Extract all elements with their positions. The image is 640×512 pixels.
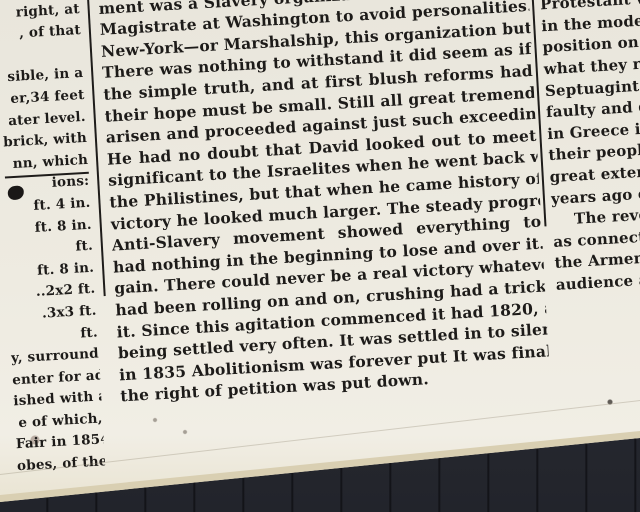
newspaper-photo: allowing right, at , of that sible, in a… (0, 0, 640, 512)
left-column: allowing right, at , of that sible, in a… (0, 0, 106, 478)
text-line: obes, of the (17, 451, 106, 477)
printed-text-area: allowing right, at , of that sible, in a… (0, 0, 640, 321)
newspaper-sheet: allowing right, at , of that sible, in a… (0, 0, 640, 512)
right-column: The Rev. Dr. the resolution, said Protes… (537, 0, 640, 296)
middle-column: throats of the ... a Slavery organi- men… (97, 0, 550, 407)
